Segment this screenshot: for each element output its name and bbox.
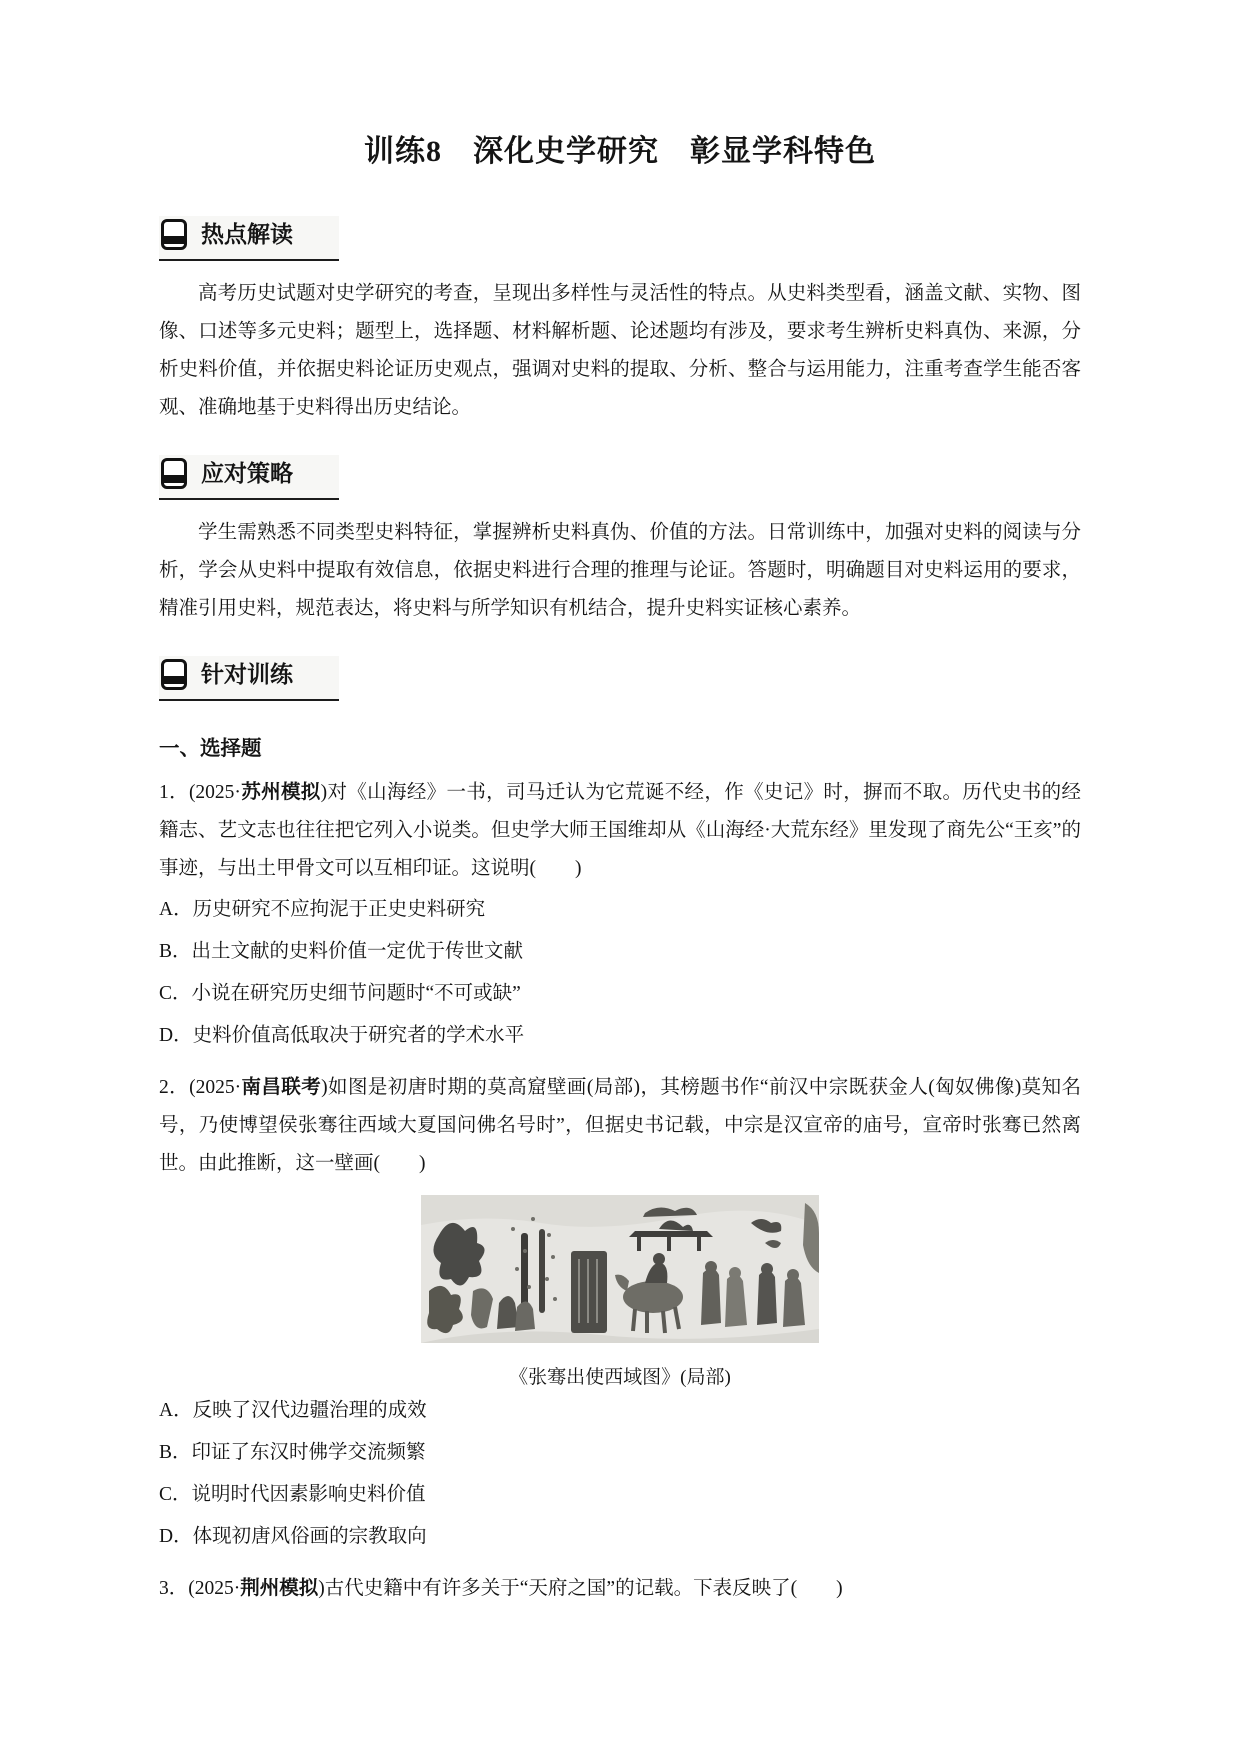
question-source-prefix: (2025·	[189, 1077, 241, 1098]
part-label-multiple-choice: 一、选择题	[159, 731, 1081, 761]
section-heading: 热点解读	[201, 223, 293, 246]
question-source-name: 荆州模拟	[240, 1577, 318, 1599]
question-text: 古代史籍中有许多关于“天府之国”的记载。下表反映了( )	[325, 1578, 843, 1599]
question-2-option-c: C．说明时代因素影响史料价值	[159, 1475, 1081, 1515]
section-heading: 针对训练	[201, 663, 293, 686]
page-title: 训练8 深化史学研究 彰显学科特色	[159, 126, 1081, 170]
question-2-option-d: D．体现初唐风俗画的宗教取向	[159, 1517, 1081, 1557]
document-content: 训练8 深化史学研究 彰显学科特色 热点解读 高考历史试题对史学研究的考查，呈现…	[159, 0, 1081, 1688]
book-badge-icon	[161, 458, 187, 489]
question-number: 3．	[159, 1578, 188, 1599]
question-number: 1．	[159, 782, 189, 803]
question-1-option-b: B．出土文献的史料价值一定优于传世文献	[159, 932, 1081, 972]
exam-document-page: { "title": "训练8 深化史学研究 彰显学科特色", "section…	[0, 0, 1240, 1755]
section-header-strategy: 应对策略	[159, 455, 339, 500]
section-heading: 应对策略	[201, 462, 293, 485]
book-badge-icon	[161, 219, 187, 250]
question-3-stem: 3．(2025·荆州模拟)古代史籍中有许多关于“天府之国”的记载。下表反映了( …	[159, 1569, 1081, 1608]
strategy-paragraph: 学生需熟悉不同类型史料特征，掌握辨析史料真伪、价值的方法。日常训练中，加强对史料…	[159, 514, 1081, 628]
hotspot-paragraph: 高考历史试题对史学研究的考查，呈现出多样性与灵活性的特点。从史料类型看，涵盖文献…	[159, 275, 1081, 427]
question-source-prefix: (2025·	[188, 1578, 240, 1599]
question-1-stem: 1．(2025·苏州模拟)对《山海经》一书，司马迁认为它荒诞不经，作《史记》时，…	[159, 773, 1081, 888]
question-1-option-a: A．历史研究不应拘泥于正史史料研究	[159, 890, 1081, 930]
question-source-prefix: (2025·	[189, 782, 241, 803]
question-2-figure: 《张骞出使西域图》(局部)	[159, 1195, 1081, 1389]
question-source-name: 南昌联考	[241, 1076, 321, 1098]
question-source-name: 苏州模拟	[241, 781, 321, 803]
question-1-option-d: D．史料价值高低取决于研究者的学术水平	[159, 1016, 1081, 1056]
section-header-practice: 针对训练	[159, 656, 339, 701]
figure-caption: 《张骞出使西域图》(局部)	[159, 1362, 1081, 1389]
section-header-hotspot: 热点解读	[159, 216, 339, 261]
question-2-stem: 2．(2025·南昌联考)如图是初唐时期的莫高窟壁画(局部)，其榜题书作“前汉中…	[159, 1068, 1081, 1183]
zhangqian-mural-illustration	[421, 1195, 819, 1343]
question-2-option-b: B．印证了东汉时佛学交流频繁	[159, 1433, 1081, 1473]
question-number: 2．	[159, 1077, 189, 1098]
question-2-option-a: A．反映了汉代边疆治理的成效	[159, 1391, 1081, 1431]
book-badge-icon	[161, 659, 187, 690]
mural-image	[421, 1195, 819, 1343]
question-1-option-c: C．小说在研究历史细节问题时“不可或缺”	[159, 974, 1081, 1014]
